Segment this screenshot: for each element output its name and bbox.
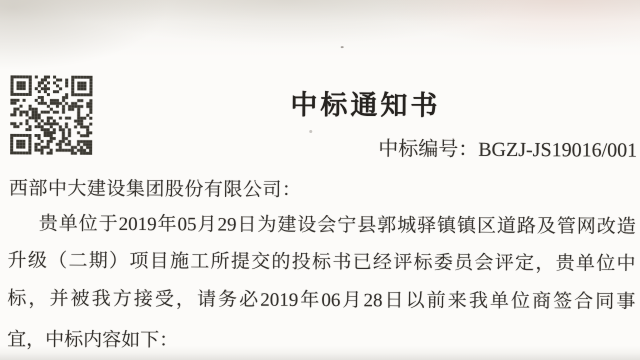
bid-number-value: BGZJ-JS19016/001 xyxy=(478,139,637,162)
paper-speck xyxy=(452,138,454,140)
document-title: 中标通知书 xyxy=(90,82,640,124)
body-text-line-2: 升级（二期）项目施工所提交的投标书已经评标委员会评定，贵单位中 xyxy=(8,249,636,276)
bid-number-line: 中标编号：BGZJ-JS19016/001 xyxy=(378,132,637,162)
body-text-line-4: 宜，中标内容如下： xyxy=(7,328,635,355)
body-text-line-1: 贵单位于2019年05月29日为建设会宁县郭城驿镇镇区道路及管网改造 xyxy=(8,212,636,239)
paper-speck xyxy=(341,46,344,48)
award-notice-document: 中标通知书 中标编号：BGZJ-JS19016/001 西部中大建设集团股份有限… xyxy=(0,0,640,360)
body-text-line-3: 标，并被我方接受，请务必2019年06月28日以前来我单位商签合同事 xyxy=(7,287,635,314)
document-content: 中标通知书 中标编号：BGZJ-JS19016/001 西部中大建设集团股份有限… xyxy=(0,0,640,360)
qr-code-icon xyxy=(10,75,92,154)
recipient-company-line: 西部中大建设集团股份有限公司： xyxy=(9,173,302,202)
paper-speck xyxy=(309,130,312,133)
bid-number-label: 中标编号： xyxy=(378,138,478,161)
